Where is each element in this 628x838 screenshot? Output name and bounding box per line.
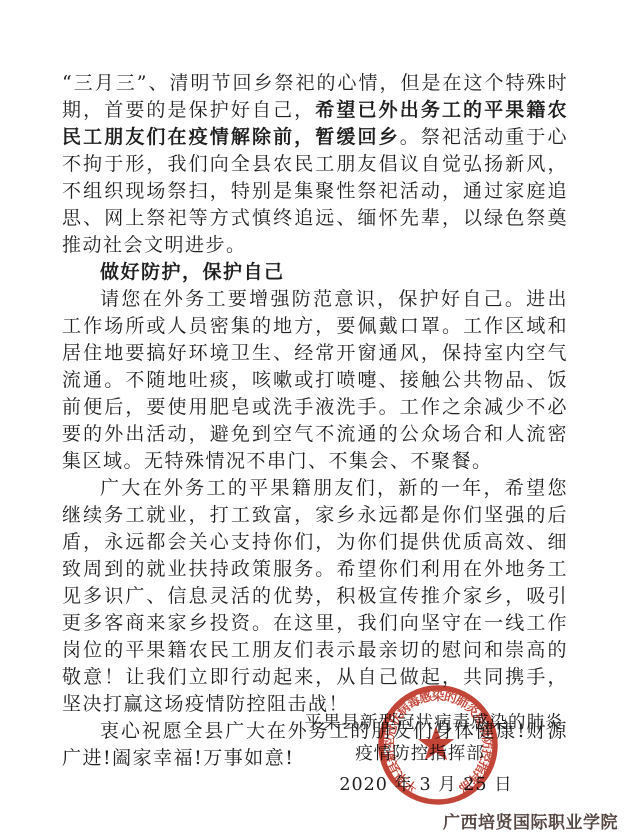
paragraph: 请您在外务工要增强防范意识，保护好自己。进出工作场所或人员密集的地方，要佩戴口罩…	[62, 286, 568, 475]
document-body: “三月三”、清明节回乡祭祀的心情，但是在这个特殊时期，首要的是保护好自己，希望已…	[62, 70, 568, 772]
official-seal: 平果县新型冠状病毒感染的肺炎疫情防控指挥部	[363, 670, 513, 820]
paragraph: 做好防护，保护自己	[62, 259, 568, 286]
emphasis-text: 做好防护，保护自己	[100, 261, 285, 283]
body-text: 请您在外务工要增强防范意识，保护好自己。进出工作场所或人员密集的地方，要佩戴口罩…	[62, 288, 568, 472]
watermark-text: 广西培贤国际职业学院	[443, 808, 618, 833]
seal-star-icon	[418, 726, 454, 760]
paragraph: “三月三”、清明节回乡祭祀的心情，但是在这个特殊时期，首要的是保护好自己，希望已…	[62, 70, 568, 259]
document-page: “三月三”、清明节回乡祭祀的心情，但是在这个特殊时期，首要的是保护好自己，希望已…	[0, 0, 628, 838]
